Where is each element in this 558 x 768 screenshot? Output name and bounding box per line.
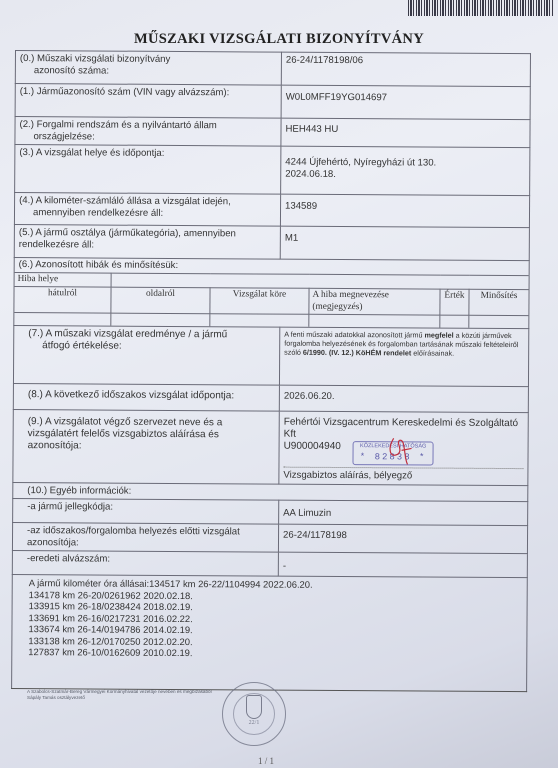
inspector-stamp: KÖZLEKEDÉSI HATÓSÁG* 82838 * bbox=[353, 441, 434, 465]
label-original-chassis: -eredeti alvázszám: bbox=[12, 550, 278, 576]
label-result: (7.) A műszaki vizsgálat eredménye / a j… bbox=[28, 328, 227, 340]
defects-header-location: Hiba helye bbox=[15, 272, 112, 287]
value-type-code: AA Limuzin bbox=[279, 500, 528, 526]
label-location-date: (3.) A vizsgálat helye és időpontja: bbox=[15, 145, 281, 195]
barcode bbox=[408, 0, 554, 16]
label-category: (5.) A jármű osztálya (járműkategória), … bbox=[19, 227, 236, 239]
label-next-inspection: (8.) A következő időszakos vizsgálat idő… bbox=[13, 383, 279, 411]
row-original-chassis: -eredeti alvázszám: - bbox=[12, 550, 527, 577]
value-location: 4244 Újfehértó, Nyíregyházi út 130. bbox=[285, 157, 436, 169]
col-defect-name: A hiba megnevezése (megjegyzés) bbox=[309, 288, 440, 315]
odometer-history: A jármű kilométer óra állásai:134517 km … bbox=[12, 574, 528, 691]
value-plate: HEH443 HU bbox=[281, 118, 530, 148]
value-vin: W0L0MFF19YG014697 bbox=[281, 85, 530, 120]
col-rating: Minősítés bbox=[469, 289, 529, 315]
row-next-inspection: (8.) A következő időszakos vizsgálat idő… bbox=[13, 383, 528, 412]
row-inspector: (9.) A vizsgálatot végző szervezet neve … bbox=[13, 409, 528, 485]
row-category: (5.) A jármű osztálya (járműkategória), … bbox=[14, 224, 529, 260]
row-type-code: -a jármű jellegkódja: AA Limuzin bbox=[13, 498, 528, 525]
row-odometer-history: A jármű kilométer óra állásai:134517 km … bbox=[12, 574, 528, 691]
row-prev-inspection-id: -az időszakos/forgalomba helyezés előtti… bbox=[12, 522, 527, 553]
value-prev-inspection-id: 26-24/1178198 bbox=[278, 524, 527, 554]
value-original-chassis: - bbox=[278, 552, 527, 578]
col-value: Érték bbox=[440, 289, 469, 315]
row-odometer: (4.) A kilométer-számláló állása a vizsg… bbox=[14, 193, 529, 228]
defects-table: Hiba helye hátulról oldalról Vizsgálat k… bbox=[14, 272, 528, 328]
authority-note: A Szabolcs-Szatmár-Bereg Vármegyei Kormá… bbox=[27, 689, 257, 700]
label-plate: (2.) Forgalmi rendszám és a nyilvántartó… bbox=[20, 119, 217, 131]
label-vin: (1.) Járműazonosító szám (VIN vagy alváz… bbox=[15, 84, 281, 119]
value-category: M1 bbox=[280, 226, 529, 261]
label-certificate-id: (0.) Műszaki vizsgálati bizonyítvány bbox=[20, 53, 170, 65]
value-certificate-id: 26-24/1178198/06 bbox=[281, 52, 530, 87]
value-odometer: 134589 bbox=[280, 194, 529, 228]
seal-number: 22/1 bbox=[223, 720, 285, 726]
value-date: 2024.06.18. bbox=[285, 168, 336, 179]
row-location-date: (3.) A vizsgálat helye és időpontja: 424… bbox=[15, 145, 530, 196]
page-number: 1 / 1 bbox=[258, 756, 274, 766]
col-side: oldalról bbox=[111, 287, 210, 314]
main-table: (0.) Műszaki vizsgálati bizonyítványazon… bbox=[11, 50, 531, 692]
row-result: (7.) A műszaki vizsgálat eredménye / a j… bbox=[13, 325, 528, 386]
document-title: MŰSZAKI VIZSGÁLATI BIZONYÍTVÁNY bbox=[0, 31, 558, 48]
coat-of-arms-icon bbox=[246, 695, 262, 719]
defects-column-headers: hátulról oldalról Vizsgálat köre A hiba … bbox=[14, 287, 528, 316]
row-certificate-id: (0.) Műszaki vizsgálati bizonyítványazon… bbox=[15, 51, 530, 87]
value-next-inspection: 2026.06.20. bbox=[279, 385, 528, 413]
value-result: A fenti műszaki adatokkal azonosított já… bbox=[279, 327, 528, 387]
label-prev-inspection-id: -az időszakos/forgalomba helyezés előtti… bbox=[12, 522, 278, 552]
label-type-code: -a jármű jellegkódja: bbox=[13, 498, 279, 524]
col-rear: hátulról bbox=[14, 287, 111, 314]
signature-caption: Vizsgabiztos aláírás, bélyegző bbox=[283, 466, 523, 482]
row-plate: (2.) Forgalmi rendszám és a nyilvántartó… bbox=[15, 117, 530, 148]
col-scope: Vizsgálat köre bbox=[210, 288, 309, 315]
label-inspector: (9.) A vizsgálatot végző szervezet neve … bbox=[28, 416, 223, 428]
row-defects-table: Hiba helye hátulról oldalról Vizsgálat k… bbox=[14, 271, 529, 328]
label-odometer: (4.) A kilométer-számláló állása a vizsg… bbox=[19, 195, 231, 207]
row-vin: (1.) Járműazonosító szám (VIN vagy alváz… bbox=[15, 84, 530, 120]
certificate-form: (0.) Műszaki vizsgálati bizonyítványazon… bbox=[11, 50, 531, 692]
value-org-id: U900004940 bbox=[284, 440, 341, 451]
official-seal-icon: 22/1 bbox=[222, 682, 286, 746]
signature-icon bbox=[386, 436, 414, 466]
